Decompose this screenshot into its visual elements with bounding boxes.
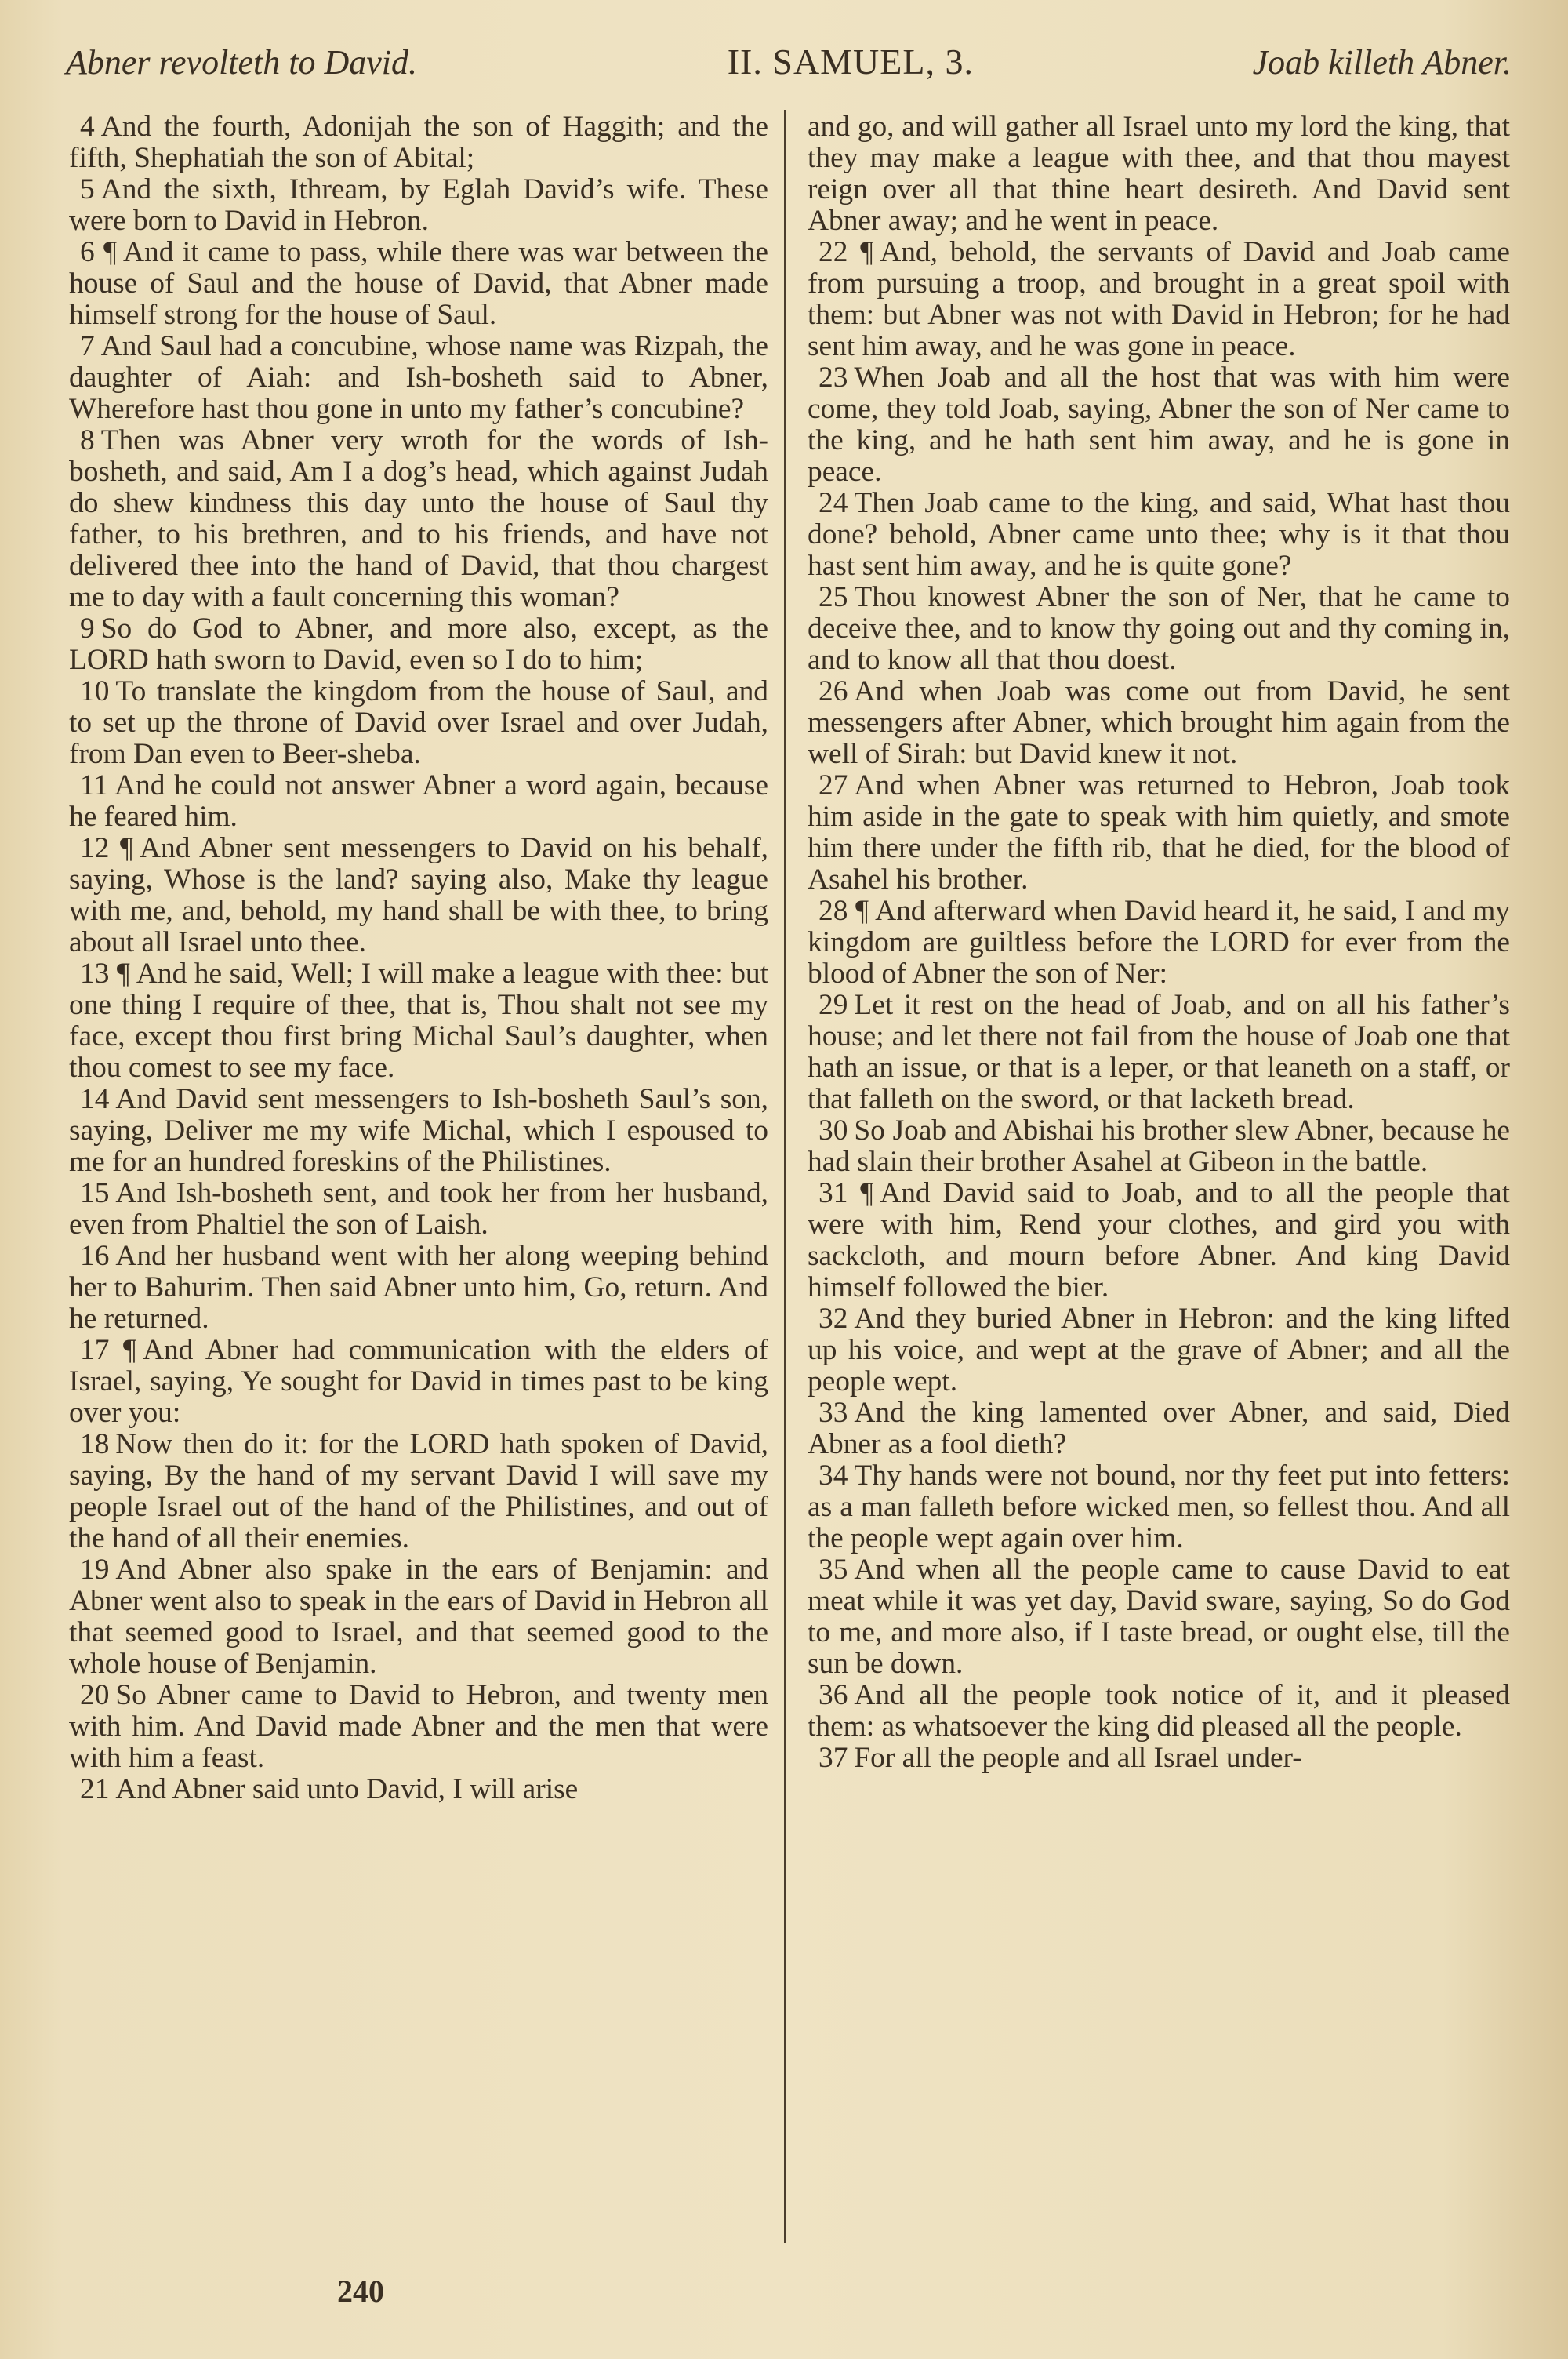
verse-number: 23 [818,362,854,394]
verse-text: When Joab and all the host that was with… [808,362,1510,488]
verse: 27And when Abner was returned to Hebron,… [808,770,1510,896]
verse: 32And they buried Abner in Hebron: and t… [808,1303,1510,1398]
verse-number: 10 [80,675,115,707]
text-column-left: 4And the fourth, Adonijah the son of Hag… [69,111,768,1805]
verse-text: And he could not answer Abner a word aga… [69,769,768,833]
running-head: Abner revolteth to David. II. SAMUEL, 3.… [66,41,1512,85]
verse-text: And Ish-bosheth sent, and took her from … [69,1177,768,1241]
verse-text: And Saul had a concubine, whose name was… [69,330,768,425]
verse-number: 24 [818,487,854,519]
verse-text: And all the people took notice of it, an… [808,1679,1510,1743]
verse-number: 20 [80,1679,115,1711]
verse: 6 ¶And it came to pass, while there was … [69,237,768,331]
verse: 20So Abner came to David to Hebron, and … [69,1680,768,1774]
verse-text: Thy hands were not bound, nor thy feet p… [808,1459,1510,1554]
verse: 34Thy hands were not bound, nor thy feet… [808,1460,1510,1554]
verse-text: And they buried Abner in Hebron: and the… [808,1303,1510,1398]
verse: 28 ¶And afterward when David heard it, h… [808,896,1510,990]
verse: 22 ¶And, behold, the servants of David a… [808,237,1510,362]
verse: and go, and will gather all Israel unto … [808,111,1510,237]
verse-text: And Abner sent messengers to David on hi… [69,832,768,958]
verse: 7And Saul had a concubine, whose name wa… [69,331,768,425]
verse: 24Then Joab came to the king, and said, … [808,488,1510,582]
verse-number: 17 ¶ [80,1334,143,1366]
verse: 14And David sent messengers to Ish-boshe… [69,1084,768,1178]
verse-number: 33 [818,1397,854,1429]
verse: 18Now then do it: for the LORD hath spok… [69,1429,768,1554]
verse: 15And Ish-bosheth sent, and took her fro… [69,1178,768,1241]
verse-text: And, behold, the servants of David and J… [808,236,1510,362]
verse: 16And her husband went with her along we… [69,1241,768,1335]
verse-number: 15 [80,1177,115,1209]
verse-number: 14 [80,1083,115,1115]
verse-text: And when Joab was come out from David, h… [808,675,1510,770]
column-divider [784,110,786,2243]
verse-number: 27 [818,769,854,801]
verse: 4And the fourth, Adonijah the son of Hag… [69,111,768,174]
verse-text: And it came to pass, while there was war… [69,236,768,331]
verse-number: 7 [80,330,101,362]
verse-number: 9 [80,612,101,645]
verse-text: And he said, Well; I will make a league … [69,958,768,1084]
verse-number: 22 ¶ [818,236,880,268]
verse-text: And when Abner was returned to Hebron, J… [808,769,1510,896]
verse: 19And Abner also spake in the ears of Be… [69,1554,768,1680]
verse-number: 21 [80,1773,115,1805]
verse: 36And all the people took notice of it, … [808,1680,1510,1743]
verse-text: Then was Abner very wroth for the words … [69,424,768,613]
verse-number: 37 [818,1742,854,1774]
running-head-right: Joab killeth Abner. [1253,42,1512,82]
verse-number: 4 [80,111,101,143]
verse-number: 26 [818,675,854,707]
verse-text: And the king lamented over Abner, and sa… [808,1397,1510,1460]
running-head-left: Abner revolteth to David. [66,42,417,82]
verse-number: 12 ¶ [80,832,140,864]
text-column-right: and go, and will gather all Israel unto … [808,111,1510,1774]
verse-text: Then Joab came to the king, and said, Wh… [808,487,1510,582]
verse-text: Let it rest on the head of Joab, and on … [808,989,1510,1115]
verse-number: 8 [80,424,101,456]
verse-number: 30 [818,1114,854,1147]
verse-text: and go, and will gather all Israel unto … [808,111,1510,237]
verse-text: And afterward when David heard it, he sa… [808,895,1510,990]
verse-number: 11 [80,769,114,801]
verse: 21And Abner said unto David, I will aris… [69,1774,768,1805]
verse: 12 ¶And Abner sent messengers to David o… [69,833,768,958]
verse: 35And when all the people came to cause … [808,1554,1510,1680]
verse-text: Now then do it: for the LORD hath spoken… [69,1428,768,1554]
verse: 5And the sixth, Ithream, by Eglah David’… [69,174,768,237]
verse-number: 34 [818,1459,854,1492]
verse: 26And when Joab was come out from David,… [808,676,1510,770]
verse: 11And he could not answer Abner a word a… [69,770,768,833]
verse-text: And David sent messengers to Ish-bosheth… [69,1083,768,1178]
verse-text: And Abner said unto David, I will arise [115,1773,578,1805]
verse-number: 31 ¶ [818,1177,880,1209]
verse: 29Let it rest on the head of Joab, and o… [808,990,1510,1115]
verse-text: To translate the kingdom from the house … [69,675,768,770]
verse-number: 36 [818,1679,854,1711]
verse-text: So do God to Abner, and more also, excep… [69,612,768,676]
verse: 8Then was Abner very wroth for the words… [69,425,768,613]
verse-number: 18 [80,1428,115,1460]
verse-number: 29 [818,989,854,1021]
verse: 37For all the people and all Israel unde… [808,1743,1510,1774]
verse-text: And David said to Joab, and to all the p… [808,1177,1510,1303]
verse-text: Thou knowest Abner the son of Ner, that … [808,581,1510,676]
verse-number: 6 ¶ [80,236,123,268]
verse-number: 13 ¶ [80,958,136,990]
bible-page: Abner revolteth to David. II. SAMUEL, 3.… [0,0,1568,2359]
verse: 33And the king lamented over Abner, and … [808,1398,1510,1460]
verse: 9So do God to Abner, and more also, exce… [69,613,768,676]
verse-text: So Joab and Abishai his brother slew Abn… [808,1114,1510,1178]
verse-text: And the sixth, Ithream, by Eglah David’s… [69,173,768,237]
verse-text: For all the people and all Israel under- [854,1742,1301,1774]
verse-number: 28 ¶ [818,895,875,927]
page-number: 240 [337,2273,384,2310]
verse-text: And when all the people came to cause Da… [808,1554,1510,1680]
verse: 25Thou knowest Abner the son of Ner, tha… [808,582,1510,676]
verse-number: 19 [80,1554,115,1586]
verse-text: And Abner also spake in the ears of Benj… [69,1554,768,1680]
verse-text: And her husband went with her along weep… [69,1240,768,1335]
verse-number: 32 [818,1303,854,1335]
verse-number: 16 [80,1240,115,1272]
verse: 17 ¶And Abner had communication with the… [69,1335,768,1429]
verse: 23When Joab and all the host that was wi… [808,362,1510,488]
verse-text: So Abner came to David to Hebron, and tw… [69,1679,768,1774]
verse: 30So Joab and Abishai his brother slew A… [808,1115,1510,1178]
verse-text: And the fourth, Adonijah the son of Hagg… [69,111,768,174]
verse-text: And Abner had communication with the eld… [69,1334,768,1429]
verse-number: 5 [80,173,101,205]
running-head-book-chapter: II. SAMUEL, 3. [728,41,974,82]
verse: 13 ¶And he said, Well; I will make a lea… [69,958,768,1084]
verse: 31 ¶And David said to Joab, and to all t… [808,1178,1510,1303]
verse: 10To translate the kingdom from the hous… [69,676,768,770]
verse-number: 35 [818,1554,854,1586]
verse-number: 25 [818,581,854,613]
